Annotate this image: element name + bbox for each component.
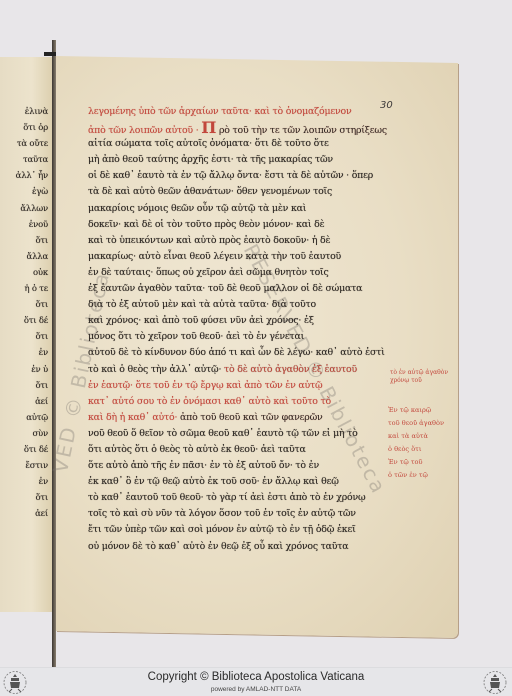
left-text-line: ἀεί: [0, 394, 52, 410]
text-line: αὐτοῦ δὲ τὸ κίνδυνον δύο ἀπό τι καὶ ὧν δ…: [88, 345, 388, 361]
left-text-line: ἄλλα: [0, 249, 52, 265]
margin-notes: Ἐν τῷ καιρῷτοῦ θεοῦ ἀγαθὸνκαὶ τὰ αὐτὰὁ θ…: [388, 404, 460, 482]
text-line: ἀπὸ τῶν λοιπῶν αὐτοῦ · Π ρὸ τοῦ τὴν τε τ…: [88, 120, 388, 136]
text-line: ἐν ἑαυτῷ· ὅτε τοῦ ἐν τῷ ἔργῳ καὶ ἀπὸ τῶν…: [88, 378, 388, 394]
text-line: οἱ δὲ καθ᾽ ἑαυτὸ τὰ ἐν τῷ ἄλλῳ ὄντα· ἔστ…: [88, 168, 388, 184]
text-line: μακαρίως· αὐτὸ εἶναι θεοῦ λέγειν κατὰ τὴ…: [88, 249, 388, 265]
left-text-line: ἐν: [0, 345, 52, 361]
left-text-line: ἐνοῦ: [0, 217, 52, 233]
left-text-line: τὰ οὔτε: [0, 136, 52, 152]
left-text-line: ἔστιν: [0, 458, 52, 474]
left-text-line: αὐτῷ: [0, 410, 52, 426]
text-line: ἐξ ἑαυτῶν ἀγαθὸν ταῦτα· τοῦ δὲ θεοῦ μαλλ…: [88, 281, 388, 297]
left-page-text: ἐλινὰὅτι ὁρτὰ οὔτεταῦταἀλλ᾽ ἦνἐγὼἄλλωνἐν…: [0, 104, 52, 522]
manuscript-viewer[interactable]: ἐλινὰὅτι ὁρτὰ οὔτεταῦταἀλλ᾽ ἦνἐγὼἄλλωνἐν…: [0, 0, 512, 667]
left-text-line: ὅτι: [0, 297, 52, 313]
text-line: μὴ ἀπὸ θεοῦ ταύτης ἀρχῆς ἐστι· τὰ τῆς μα…: [88, 152, 388, 168]
text-line: οὐ μόνον δὲ τὸ καθ᾽ αὐτὸ ἐν θεῷ ἐξ οὗ κα…: [88, 539, 388, 555]
decorated-initial: Π: [201, 120, 216, 136]
left-text-line: ἐλινὰ: [0, 104, 52, 120]
left-text-line: σὺν: [0, 426, 52, 442]
left-text-line: ἡ ὁ τε: [0, 281, 52, 297]
text-line: ὅτε αὐτὸ ἀπὸ τῆς ἐν πᾶσι· ἐν τὸ ἐξ αὐτοῦ…: [88, 458, 388, 474]
left-text-line: ἀλλ᾽ ἦν: [0, 168, 52, 184]
manuscript-text: λεγομένης ὑπὸ τῶν ἀρχαίων ταῦτα· καὶ τὸ …: [88, 104, 388, 555]
text-line: τὸ καὶ ὁ θεὸς τὴν ἀλλ᾽ αὐτῷ· τὸ δὲ αὐτὸ …: [88, 362, 388, 378]
text-line: αἰτία σώματα τοῖς αὐτοῖς ὀνόματα· ὅτι δὲ…: [88, 136, 388, 152]
left-text-line: ἐν ὑ: [0, 362, 52, 378]
margin-note-line: Ἐν τῷ τοῦ: [388, 456, 460, 469]
left-text-line: οὐκ: [0, 265, 52, 281]
left-text-line: ὅτι: [0, 329, 52, 345]
text-line: ἔτι τῶν ὑπὲρ τῶν καὶ σοὶ μόνον ἐν αὐτῷ τ…: [88, 522, 388, 538]
text-line: ὅτι αὐτὸς ὅτι ὁ θεὸς τὸ αὐτὸ ἐκ θεοῦ· ἀε…: [88, 442, 388, 458]
text-line: τὸ καθ᾽ ἑαυτοῦ τοῦ θεοῦ· τὸ γὰρ τί ἀεὶ ἐ…: [88, 490, 388, 506]
margin-note-top: τὸ ἐν αὐτῷ ἀγαθὸν χρόνῳ τοῦ: [390, 369, 460, 385]
copyright-text: Copyright © Biblioteca Apostolica Vatica…: [0, 671, 512, 683]
text-line: καὶ δὴ ἡ καθ᾽ αὐτό· ἀπὸ τοῦ θεοῦ καὶ τῶν…: [88, 410, 388, 426]
text-line: τὰ δὲ καὶ αὐτὸ θεῶν ἀθανάτων· ὅθεν γενομ…: [88, 184, 388, 200]
left-text-line: ὅτι ὁρ: [0, 120, 52, 136]
vatican-emblem-icon: [482, 670, 508, 695]
text-line: δοκεῖν· καὶ δὲ οἱ τὸν τοῦτο πρὸς θεὸν μό…: [88, 217, 388, 233]
left-text-line: ἐγὼ: [0, 184, 52, 200]
text-line: μακαρίοις νόμοις θεῶν οὖν τῷ αὐτῷ τὰ μὲν…: [88, 201, 388, 217]
left-text-line: ἀεί: [0, 506, 52, 522]
left-text-line: ταῦτα: [0, 152, 52, 168]
left-page: ἐλινὰὅτι ὁρτὰ οὔτεταῦταἀλλ᾽ ἦνἐγὼἄλλωνἐν…: [0, 57, 53, 612]
margin-note-line: ὁ τῶν ἐν τῷ: [388, 469, 460, 482]
left-text-line: ὅτι δέ: [0, 442, 52, 458]
text-line: κατ᾽ αὐτό σου τὸ ἐν ὀνόμασι καθ᾽ αὐτὸ κα…: [88, 394, 388, 410]
margin-note-line: τοῦ θεοῦ ἀγαθὸν: [388, 417, 460, 430]
text-line: λεγομένης ὑπὸ τῶν ἀρχαίων ταῦτα· καὶ τὸ …: [88, 104, 388, 120]
text-line: καὶ τὸ ὑπεικόντων καὶ αὐτὸ πρὸς ἑαυτὸ δο…: [88, 233, 388, 249]
left-text-line: ἄλλων: [0, 201, 52, 217]
left-text-line: ἐν: [0, 474, 52, 490]
powered-by-text: powered by AMLAD-NTT DATA: [0, 686, 512, 693]
margin-note-line: καὶ τὰ αὐτὰ: [388, 430, 460, 443]
text-line: μόνος ὅτι τὸ χεῖρον τοῦ θεοῦ· ἀεὶ τὸ ἐν …: [88, 329, 388, 345]
binding-edge: [44, 52, 56, 56]
left-text-line: ὅτι: [0, 233, 52, 249]
left-text-line: ὅτι: [0, 378, 52, 394]
left-text-line: ὅτι: [0, 490, 52, 506]
book-gutter: [52, 40, 56, 667]
margin-note-line: Ἐν τῷ καιρῷ: [388, 404, 460, 417]
text-line: τοῖς τὸ καὶ σὺ νῦν τὰ λόγον ὅσον τοῦ ἐν …: [88, 506, 388, 522]
footer: Copyright © Biblioteca Apostolica Vatica…: [0, 667, 512, 696]
text-line: ἐκ καθ᾽ ὃ ἐν τῷ θεῷ αὐτὸ ἐκ τοῦ σοῦ· ἐν …: [88, 474, 388, 490]
text-line: ἐν δὲ ταύταις· ὅπως οὐ χεῖρον ἀεὶ σῶμα θ…: [88, 265, 388, 281]
margin-note-line: ὁ θεὸς ὅτι: [388, 443, 460, 456]
text-line: νοῦ θεοῦ ὅ θεῖον τὸ σῶμα θεοῦ καθ᾽ ἑαυτὸ…: [88, 426, 388, 442]
text-line: διὰ τὸ ἐξ αὐτοῦ μὲν καὶ τὰ αὐτὰ ταῦτα· δ…: [88, 297, 388, 313]
text-line: καὶ χρόνος· καὶ ἀπὸ τοῦ φύσει νῦν ἀεὶ χρ…: [88, 313, 388, 329]
left-text-line: ὅτι δέ: [0, 313, 52, 329]
